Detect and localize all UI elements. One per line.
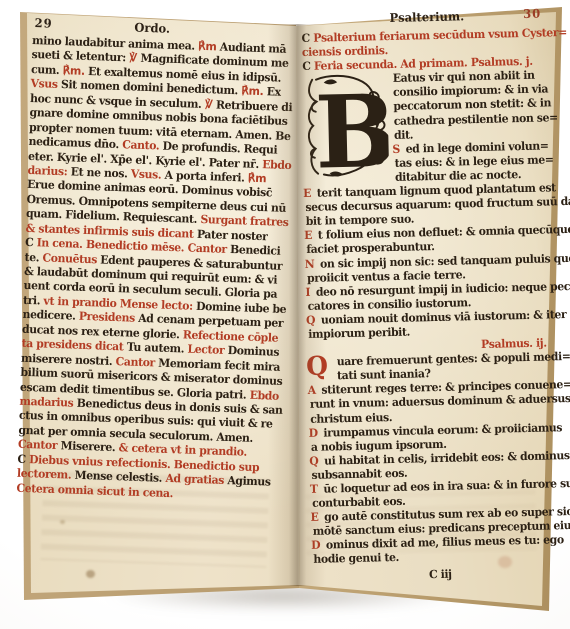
stain bbox=[60, 520, 65, 524]
left-folio-number: 29 bbox=[34, 16, 52, 31]
left-page-lines: mino laudabitur anima mea. ℟m Audiant mā… bbox=[16, 33, 283, 503]
right-folio-number: 30 bbox=[523, 7, 541, 21]
right-page-text: Psalterium. 30 C Psalterium feriarum sec… bbox=[301, 7, 556, 584]
right-page-body: B Eatus vir qui non abiit inconsilio imp… bbox=[302, 68, 555, 567]
stain bbox=[86, 570, 95, 578]
right-running-title: Psalterium. bbox=[389, 9, 464, 25]
versal-initial: S bbox=[392, 141, 406, 155]
stain bbox=[498, 556, 512, 568]
left-running-title: Ordo. bbox=[134, 21, 170, 36]
gutter-shadow bbox=[268, 24, 326, 586]
photo-background: 29 Ordo. mino laudabitur anima mea. ℟m A… bbox=[0, 0, 570, 629]
left-page-text: 29 Ordo. mino laudabitur anima mea. ℟m A… bbox=[16, 16, 284, 503]
right-page-rubric-lines: C Psalterium feriarum secūdum vsum Cyste… bbox=[301, 26, 544, 74]
